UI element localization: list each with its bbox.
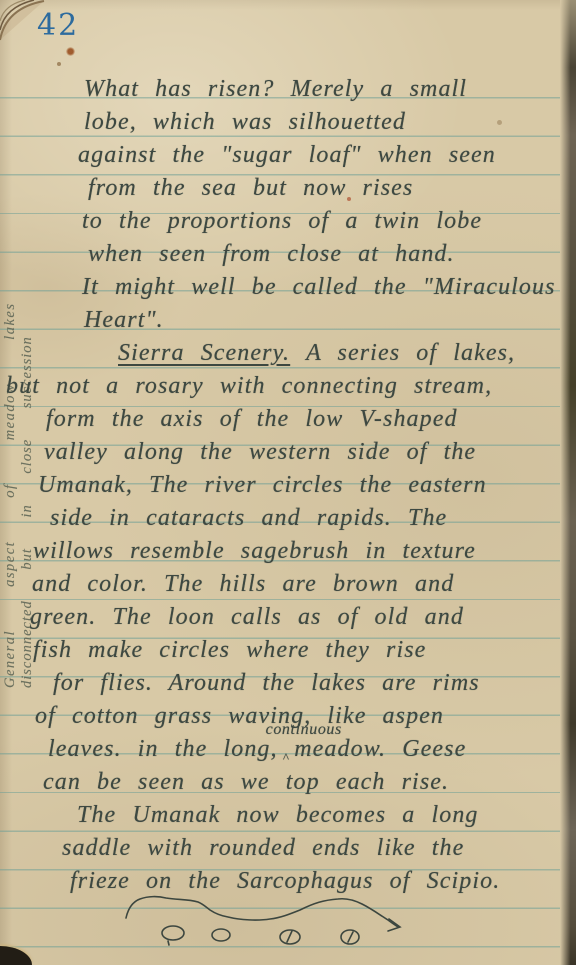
heading-rest: A series of lakes,: [306, 340, 515, 366]
handwritten-line: Heart".: [0, 305, 576, 338]
section-heading: Sierra Scenery.: [118, 340, 290, 366]
handwritten-line: and color. The hills are brown and: [0, 569, 576, 602]
handwritten-line: green. The loon calls as of old and: [0, 602, 576, 635]
handwritten-line: from the sea but now rises: [0, 173, 576, 206]
handwritten-line: can be seen as we top each rise.: [0, 767, 576, 800]
handwritten-line: It might well be called the "Miraculous: [0, 272, 576, 305]
handwritten-line: to the proportions of a twin lobe: [0, 206, 576, 239]
handwritten-line: lobe, which was silhouetted: [0, 107, 576, 140]
handwritten-line: side in cataracts and rapids. The: [0, 503, 576, 536]
handwritten-line: Umanak, The river circles the eastern: [0, 470, 576, 503]
handwritten-line: Sierra Scenery.A series of lakes,: [0, 338, 576, 371]
handwritten-line: leaves. in the long,continuous^meadow. G…: [0, 734, 576, 767]
handwritten-line: but not a rosary with connecting stream,: [0, 371, 576, 404]
insertion-caret-icon: ^: [283, 754, 290, 762]
page-edge-shadow: [560, 0, 576, 965]
handwritten-line: against the "sugar loaf" when seen: [0, 140, 576, 173]
line-pre: leaves. in the long,: [48, 736, 278, 762]
handwritten-line: willows resemble sagebrush in texture: [0, 536, 576, 569]
handwritten-line: fish make circles where they rise: [0, 635, 576, 668]
handwritten-line: valley along the western side of the: [0, 437, 576, 470]
inserted-word: continuous: [266, 715, 342, 745]
handwritten-line: The Umanak now becomes a long: [0, 800, 576, 833]
handwritten-line: form the axis of the low V-shaped: [0, 404, 576, 437]
manuscript-text: What has risen? Merely a small lobe, whi…: [0, 0, 576, 965]
handwritten-line: when seen from close at hand.: [0, 239, 576, 272]
insertion: continuous^: [278, 734, 295, 764]
notebook-page: 42 General aspect of meadow lakes discon…: [0, 0, 576, 965]
ridge-sketch: [118, 886, 418, 956]
handwritten-line: for flies. Around the lakes are rims: [0, 668, 576, 701]
handwritten-line: What has risen? Merely a small: [0, 74, 576, 107]
handwritten-line: saddle with rounded ends like the: [0, 833, 576, 866]
